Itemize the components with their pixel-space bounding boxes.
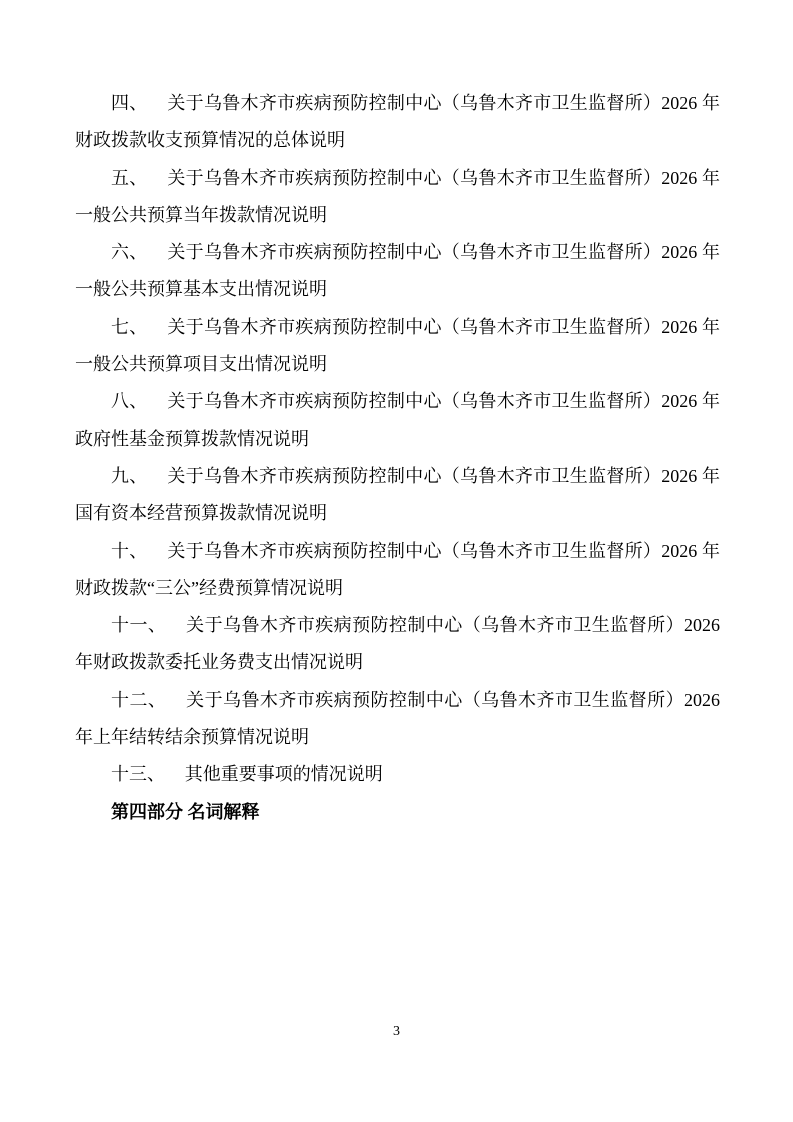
toc-item: 十、关于乌鲁木齐市疾病预防控制中心（乌鲁木齐市卫生监督所）2026 年 财政拨款… bbox=[75, 533, 720, 608]
toc-item-number: 九、 bbox=[111, 466, 148, 486]
toc-item: 十三、其他重要事项的情况说明 bbox=[75, 756, 720, 793]
toc-item-first-line: 十、关于乌鲁木齐市疾病预防控制中心（乌鲁木齐市卫生监督所）2026 年 bbox=[75, 533, 720, 570]
toc-item: 四、关于乌鲁木齐市疾病预防控制中心（乌鲁木齐市卫生监督所）2026 年 财政拨款… bbox=[75, 85, 720, 160]
toc-item-text: 关于乌鲁木齐市疾病预防控制中心（乌鲁木齐市卫生监督所）2026 年 bbox=[167, 391, 720, 411]
toc-item-text: 关于乌鲁木齐市疾病预防控制中心（乌鲁木齐市卫生监督所）2026 bbox=[186, 690, 720, 710]
toc-item-continuation: 年上年结转结余预算情况说明 bbox=[75, 719, 720, 756]
toc-item: 十一、关于乌鲁木齐市疾病预防控制中心（乌鲁木齐市卫生监督所）2026 年财政拨款… bbox=[75, 607, 720, 682]
toc-item-number: 四、 bbox=[111, 93, 148, 113]
toc-item-text: 关于乌鲁木齐市疾病预防控制中心（乌鲁木齐市卫生监督所）2026 bbox=[186, 615, 720, 635]
toc-item-text: 其他重要事项的情况说明 bbox=[185, 764, 383, 784]
toc-item-first-line: 九、关于乌鲁木齐市疾病预防控制中心（乌鲁木齐市卫生监督所）2026 年 bbox=[75, 458, 720, 495]
toc-item-first-line: 五、关于乌鲁木齐市疾病预防控制中心（乌鲁木齐市卫生监督所）2026 年 bbox=[75, 160, 720, 197]
toc-item-continuation: 财政拨款收支预算情况的总体说明 bbox=[75, 122, 720, 159]
section-heading: 第四部分 名词解释 bbox=[75, 794, 720, 831]
toc-item-continuation: 年财政拨款委托业务费支出情况说明 bbox=[75, 644, 720, 681]
toc-item-first-line: 十一、关于乌鲁木齐市疾病预防控制中心（乌鲁木齐市卫生监督所）2026 bbox=[75, 607, 720, 644]
toc-item-text: 关于乌鲁木齐市疾病预防控制中心（乌鲁木齐市卫生监督所）2026 年 bbox=[167, 168, 720, 188]
toc-item-text: 关于乌鲁木齐市疾病预防控制中心（乌鲁木齐市卫生监督所）2026 年 bbox=[167, 93, 720, 113]
toc-item-text: 关于乌鲁木齐市疾病预防控制中心（乌鲁木齐市卫生监督所）2026 年 bbox=[167, 466, 720, 486]
toc-item-number: 五、 bbox=[111, 168, 148, 188]
toc-item-first-line: 八、关于乌鲁木齐市疾病预防控制中心（乌鲁木齐市卫生监督所）2026 年 bbox=[75, 383, 720, 420]
toc-item-first-line: 四、关于乌鲁木齐市疾病预防控制中心（乌鲁木齐市卫生监督所）2026 年 bbox=[75, 85, 720, 122]
toc-item-number: 十、 bbox=[111, 541, 148, 561]
toc-item: 十二、关于乌鲁木齐市疾病预防控制中心（乌鲁木齐市卫生监督所）2026 年上年结转… bbox=[75, 682, 720, 757]
toc-item-number: 十一、 bbox=[111, 615, 166, 635]
toc-item-first-line: 十三、其他重要事项的情况说明 bbox=[75, 756, 720, 793]
toc-item-continuation: 一般公共预算当年拨款情况说明 bbox=[75, 197, 720, 234]
toc-item-number: 六、 bbox=[111, 242, 148, 262]
toc-item-first-line: 七、关于乌鲁木齐市疾病预防控制中心（乌鲁木齐市卫生监督所）2026 年 bbox=[75, 309, 720, 346]
toc-item-first-line: 六、关于乌鲁木齐市疾病预防控制中心（乌鲁木齐市卫生监督所）2026 年 bbox=[75, 234, 720, 271]
toc-item-number: 八、 bbox=[111, 391, 148, 411]
document-page: 四、关于乌鲁木齐市疾病预防控制中心（乌鲁木齐市卫生监督所）2026 年 财政拨款… bbox=[0, 0, 793, 1122]
toc-item-continuation: 财政拨款“三公”经费预算情况说明 bbox=[75, 570, 720, 607]
toc-item: 七、关于乌鲁木齐市疾病预防控制中心（乌鲁木齐市卫生监督所）2026 年 一般公共… bbox=[75, 309, 720, 384]
toc-item: 六、关于乌鲁木齐市疾病预防控制中心（乌鲁木齐市卫生监督所）2026 年 一般公共… bbox=[75, 234, 720, 309]
toc-item-number: 七、 bbox=[111, 317, 148, 337]
toc-item-continuation: 政府性基金预算拨款情况说明 bbox=[75, 421, 720, 458]
toc-item-text: 关于乌鲁木齐市疾病预防控制中心（乌鲁木齐市卫生监督所）2026 年 bbox=[167, 242, 720, 262]
toc-item-continuation: 一般公共预算基本支出情况说明 bbox=[75, 271, 720, 308]
toc-item-text: 关于乌鲁木齐市疾病预防控制中心（乌鲁木齐市卫生监督所）2026 年 bbox=[167, 541, 720, 561]
toc-section: 四、关于乌鲁木齐市疾病预防控制中心（乌鲁木齐市卫生监督所）2026 年 财政拨款… bbox=[75, 85, 720, 831]
toc-item-continuation: 国有资本经营预算拨款情况说明 bbox=[75, 495, 720, 532]
toc-item-text: 关于乌鲁木齐市疾病预防控制中心（乌鲁木齐市卫生监督所）2026 年 bbox=[167, 317, 720, 337]
page-number: 3 bbox=[0, 1022, 793, 1042]
toc-item: 八、关于乌鲁木齐市疾病预防控制中心（乌鲁木齐市卫生监督所）2026 年 政府性基… bbox=[75, 383, 720, 458]
toc-item: 五、关于乌鲁木齐市疾病预防控制中心（乌鲁木齐市卫生监督所）2026 年 一般公共… bbox=[75, 160, 720, 235]
toc-item-first-line: 十二、关于乌鲁木齐市疾病预防控制中心（乌鲁木齐市卫生监督所）2026 bbox=[75, 682, 720, 719]
toc-item-number: 十二、 bbox=[111, 690, 166, 710]
toc-item-number: 十三、 bbox=[111, 764, 165, 784]
toc-item-continuation: 一般公共预算项目支出情况说明 bbox=[75, 346, 720, 383]
toc-item: 九、关于乌鲁木齐市疾病预防控制中心（乌鲁木齐市卫生监督所）2026 年 国有资本… bbox=[75, 458, 720, 533]
